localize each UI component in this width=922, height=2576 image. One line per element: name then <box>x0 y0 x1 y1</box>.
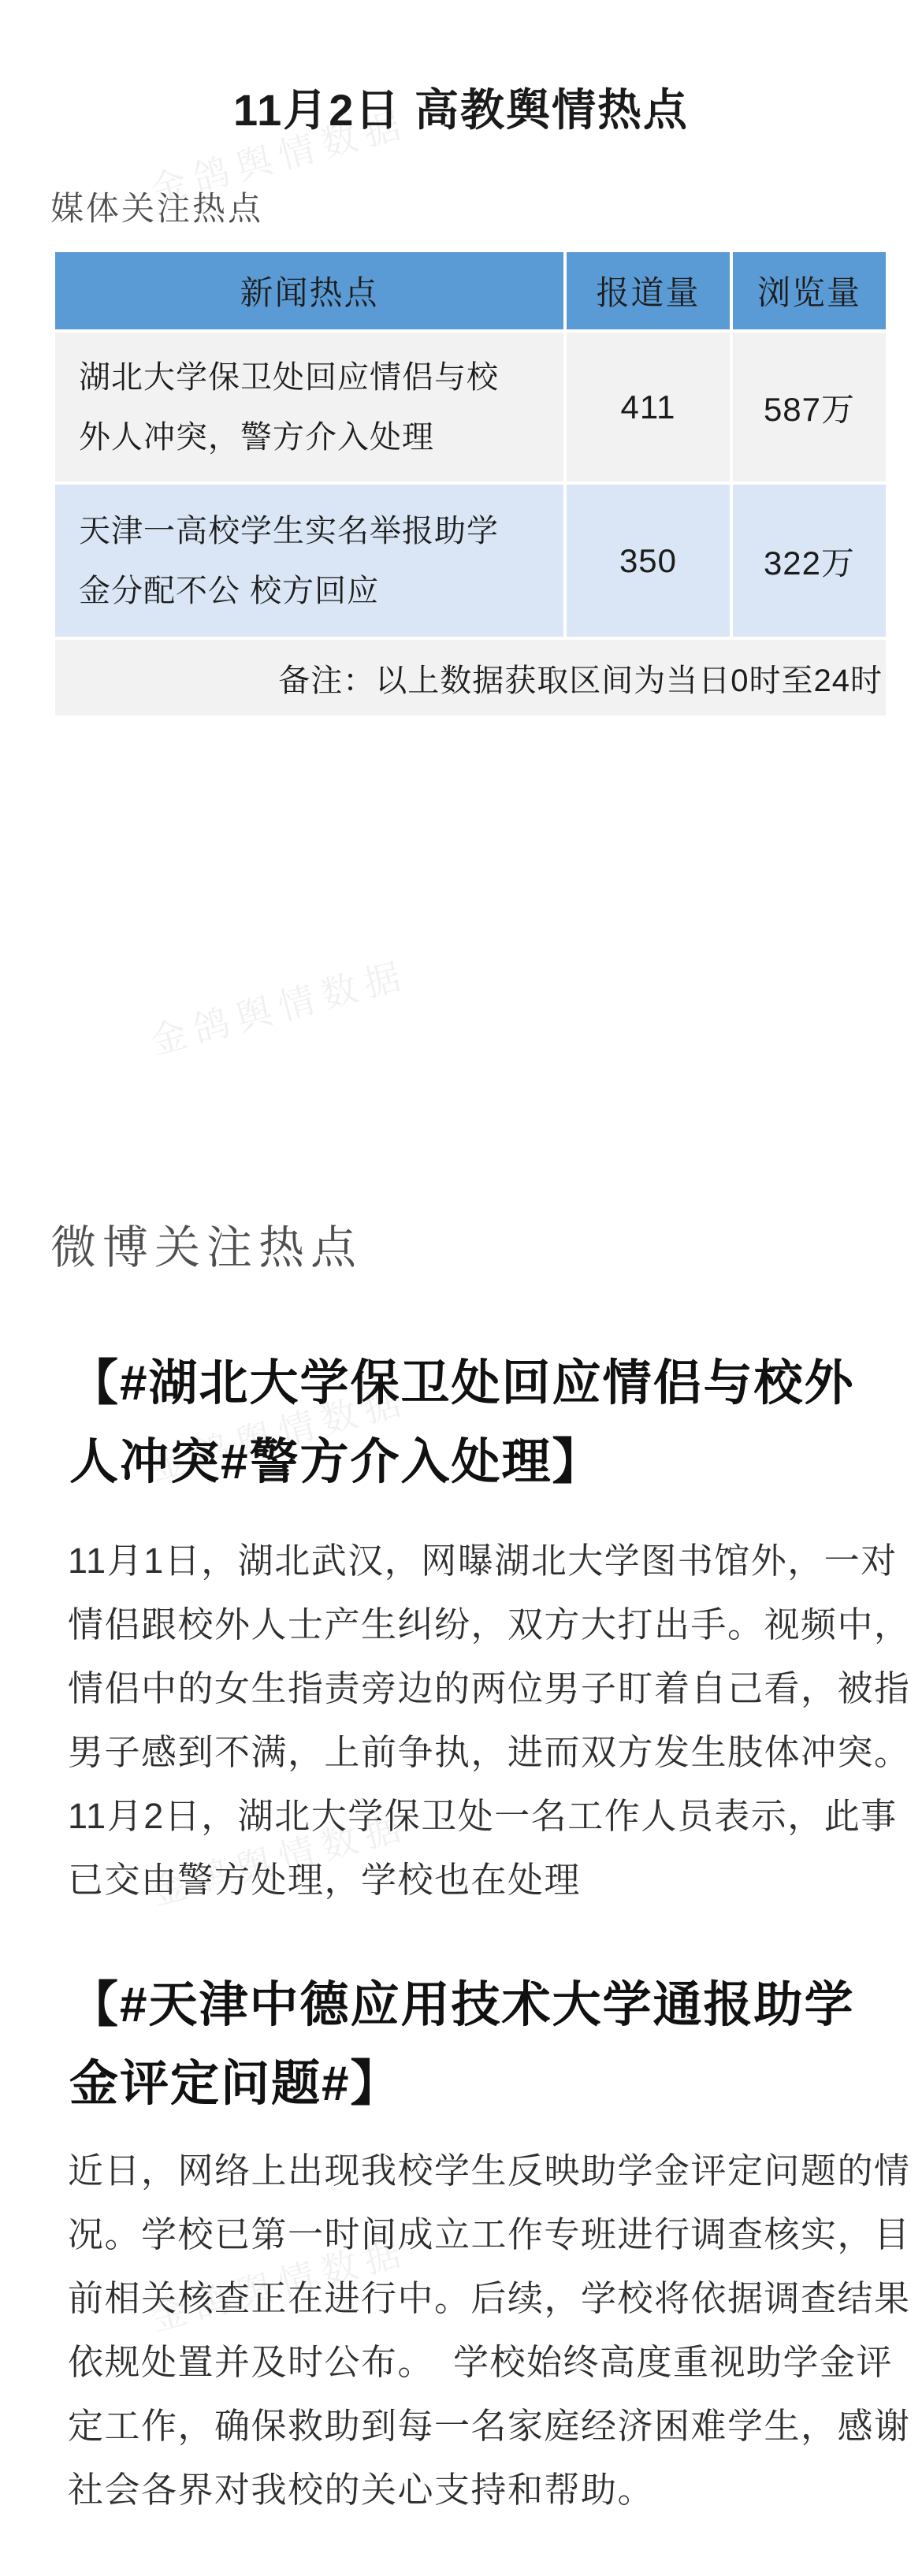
table-row-2-views: 322万 <box>733 485 886 637</box>
page-title: 11月2日 高教舆情热点 <box>0 85 922 136</box>
table-note: 备注：以上数据获取区间为当日0时至24时 <box>55 640 886 716</box>
weibo-post-2-body: 近日，网络上出现我校学生反映助学金评定问题的情 况。学校已第一时间成立工作专班进… <box>68 2139 911 2522</box>
table-row-1-topic: 湖北大学保卫处回应情侣与校 外人冲突，警方介入处理 <box>55 333 563 481</box>
table-row-2-reports: 350 <box>567 485 730 637</box>
news-table: 新闻热点 报道量 浏览量 湖北大学保卫处回应情侣与校 外人冲突，警方介入处理 4… <box>55 252 886 716</box>
table-row-1-views: 587万 <box>733 333 886 481</box>
table-header-views: 浏览量 <box>733 252 886 329</box>
table-header-topic: 新闻热点 <box>55 252 563 329</box>
report-page: 金鸽舆情数据 金鸽舆情数据 金鸽舆情数据 金鸽舆情数据 金鸽舆情数据 金鸽舆情数… <box>0 0 922 2576</box>
watermark-text: 金鸽舆情数据 <box>144 942 432 1065</box>
weibo-post-1-headline: 【#湖北大学保卫处回应情侣与校外 人冲突#警方介入处理】 <box>69 1344 905 1502</box>
table-row-1-reports: 411 <box>567 333 730 481</box>
table-header-reports: 报道量 <box>567 252 730 329</box>
table-row-2-topic: 天津一高校学生实名举报助学 金分配不公 校方回应 <box>55 485 563 637</box>
weibo-post-2-headline: 【#天津中德应用技术大学通报助学 金评定问题#】 <box>69 1966 905 2124</box>
weibo-post-1-body: 11月1日，湖北武汉，网曝湖北大学图书馆外，一对 情侣跟校外人士产生纠纷，双方大… <box>68 1529 911 1912</box>
section-label-weibo: 微博关注热点 <box>50 1210 362 1277</box>
section-label-media: 媒体关注热点 <box>50 183 263 230</box>
